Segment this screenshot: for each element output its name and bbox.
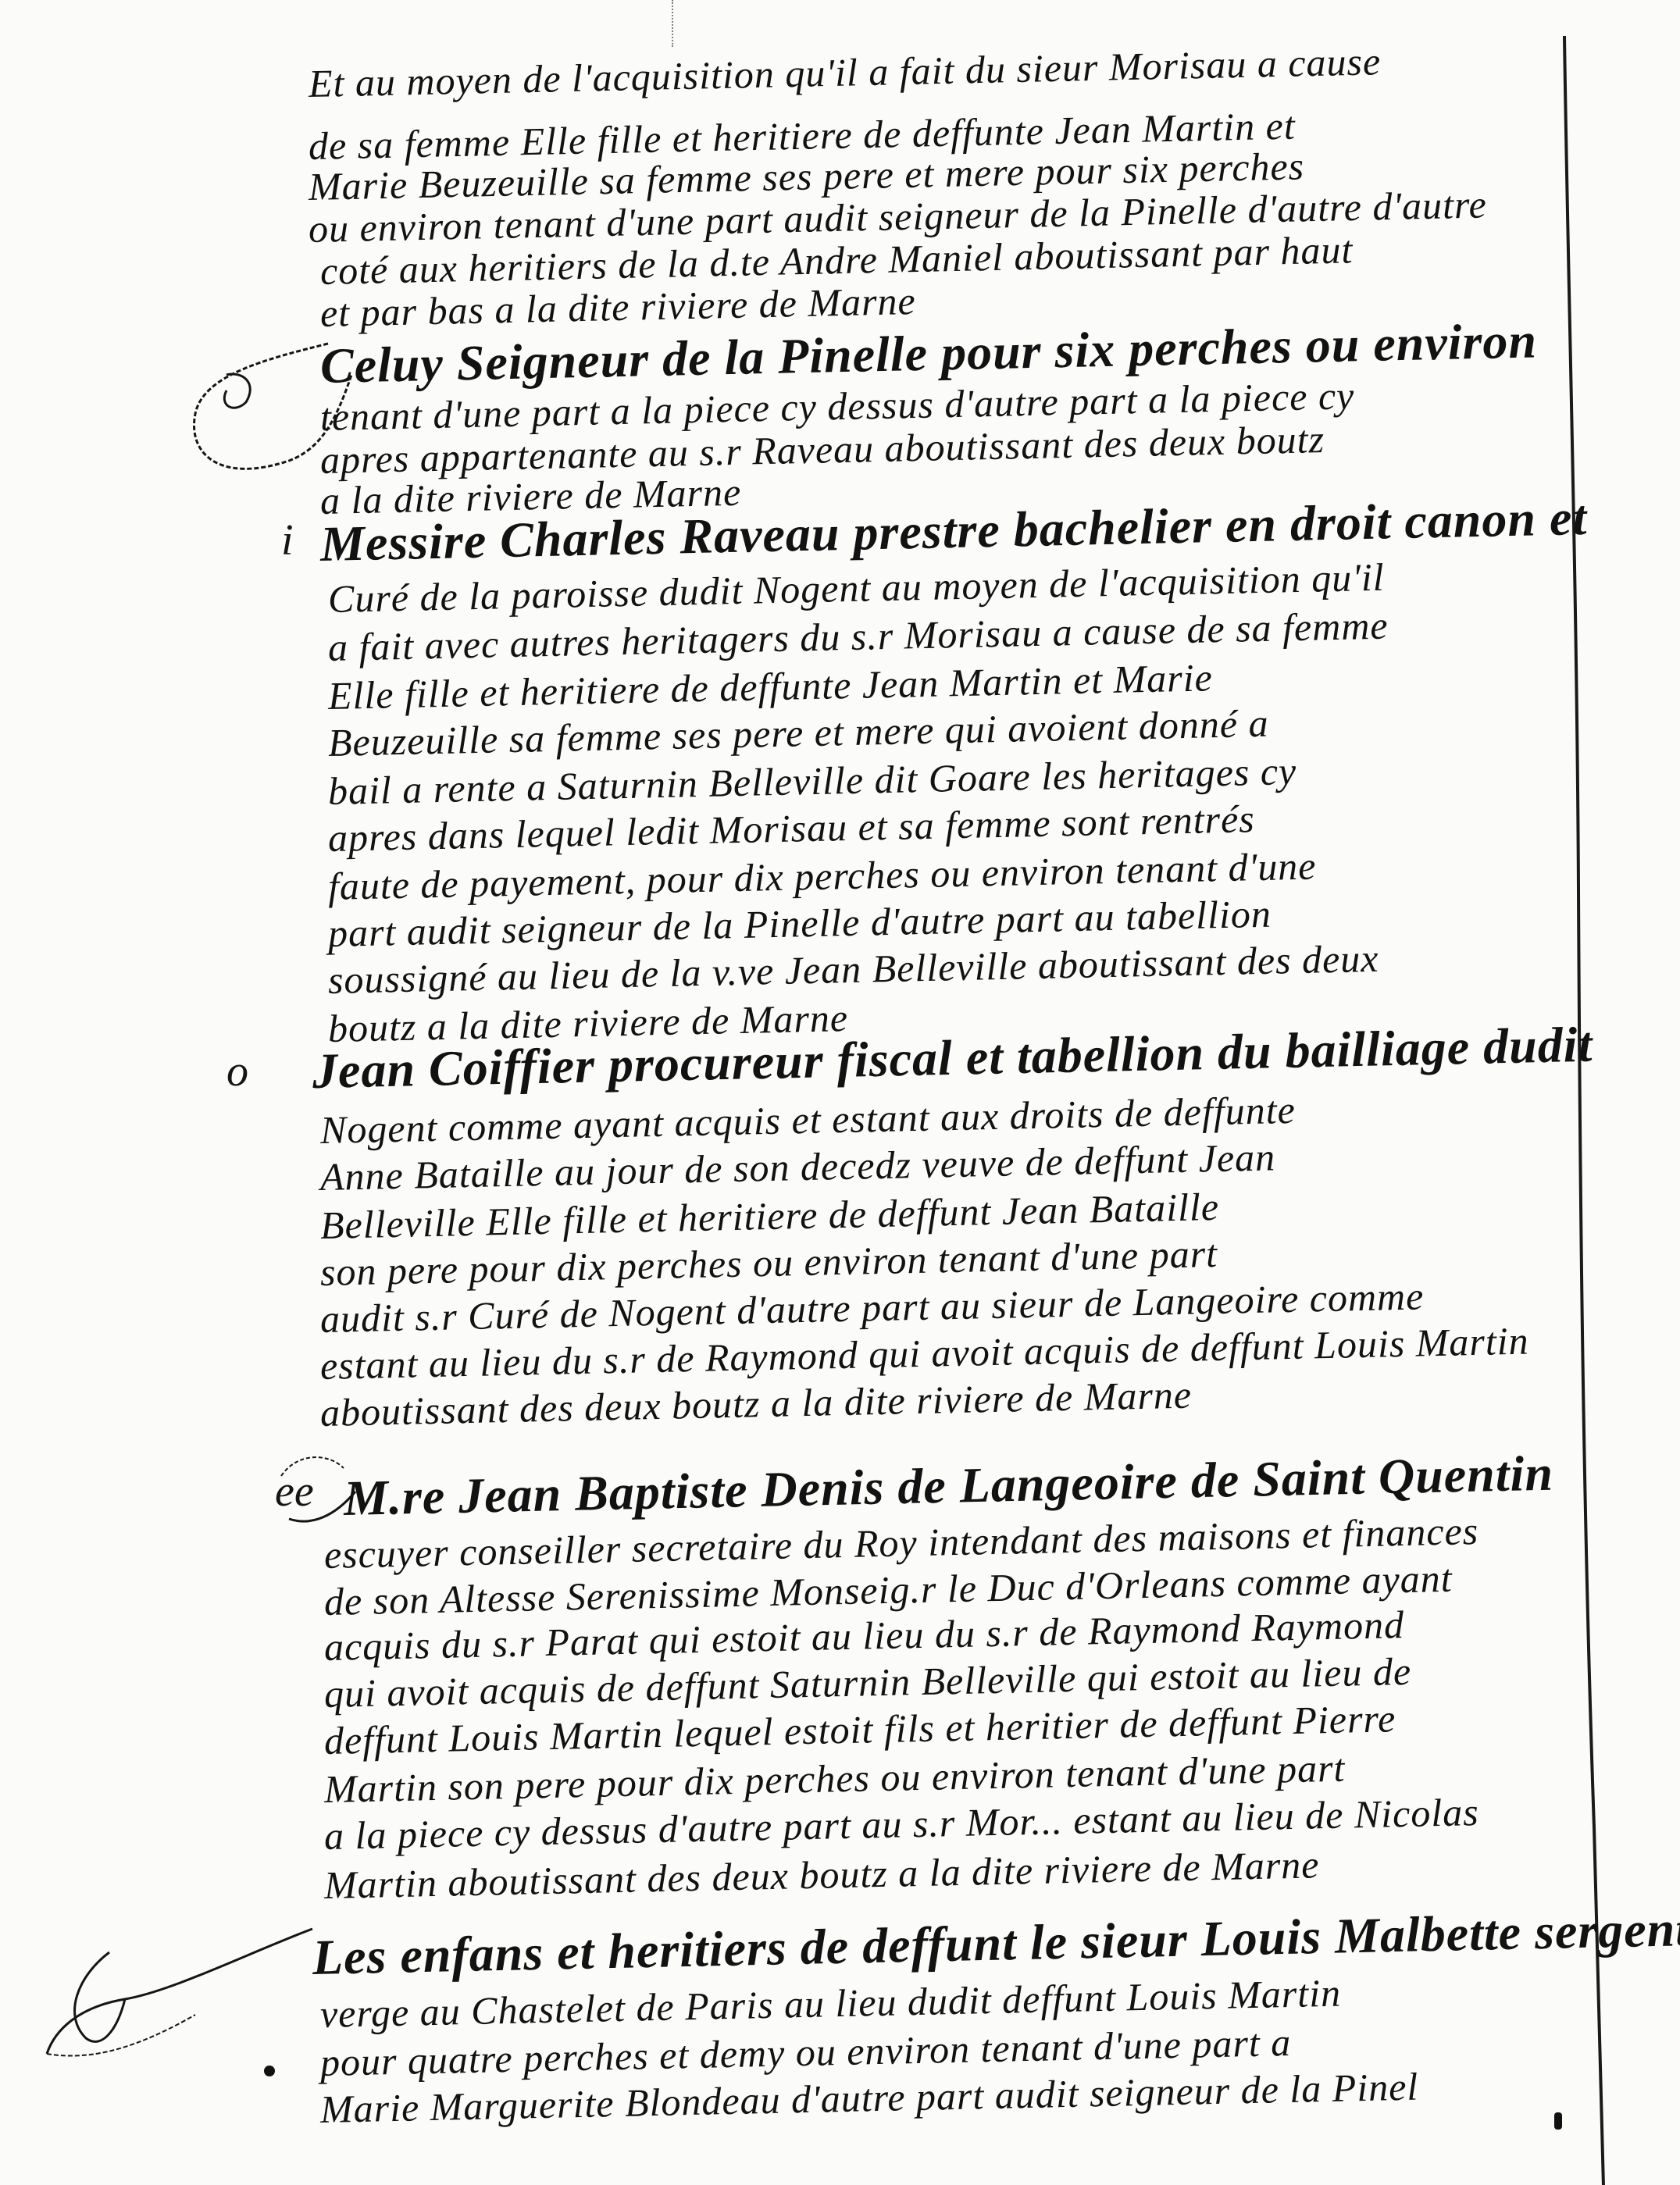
ink-dot: [264, 2066, 275, 2076]
text-line: Et au moyen de l'acquisition qu'il a fai…: [308, 38, 1381, 106]
margin-mark: o: [226, 1046, 248, 1096]
marginal-flourish-icon: [16, 1905, 344, 2077]
fold-mark: [672, 0, 676, 47]
text-line: Les enfans et heritiers de deffunt le si…: [312, 1900, 1680, 1985]
entry-heading-line: Les enfans et heritiers de deffunt le si…: [312, 1899, 1680, 1987]
ink-dot: [1554, 2112, 1562, 2130]
margin-mark: i: [281, 515, 294, 565]
manuscript-page: Et au moyen de l'acquisition qu'il a fai…: [0, 0, 1680, 2185]
margin-mark: ee: [275, 1467, 314, 1517]
